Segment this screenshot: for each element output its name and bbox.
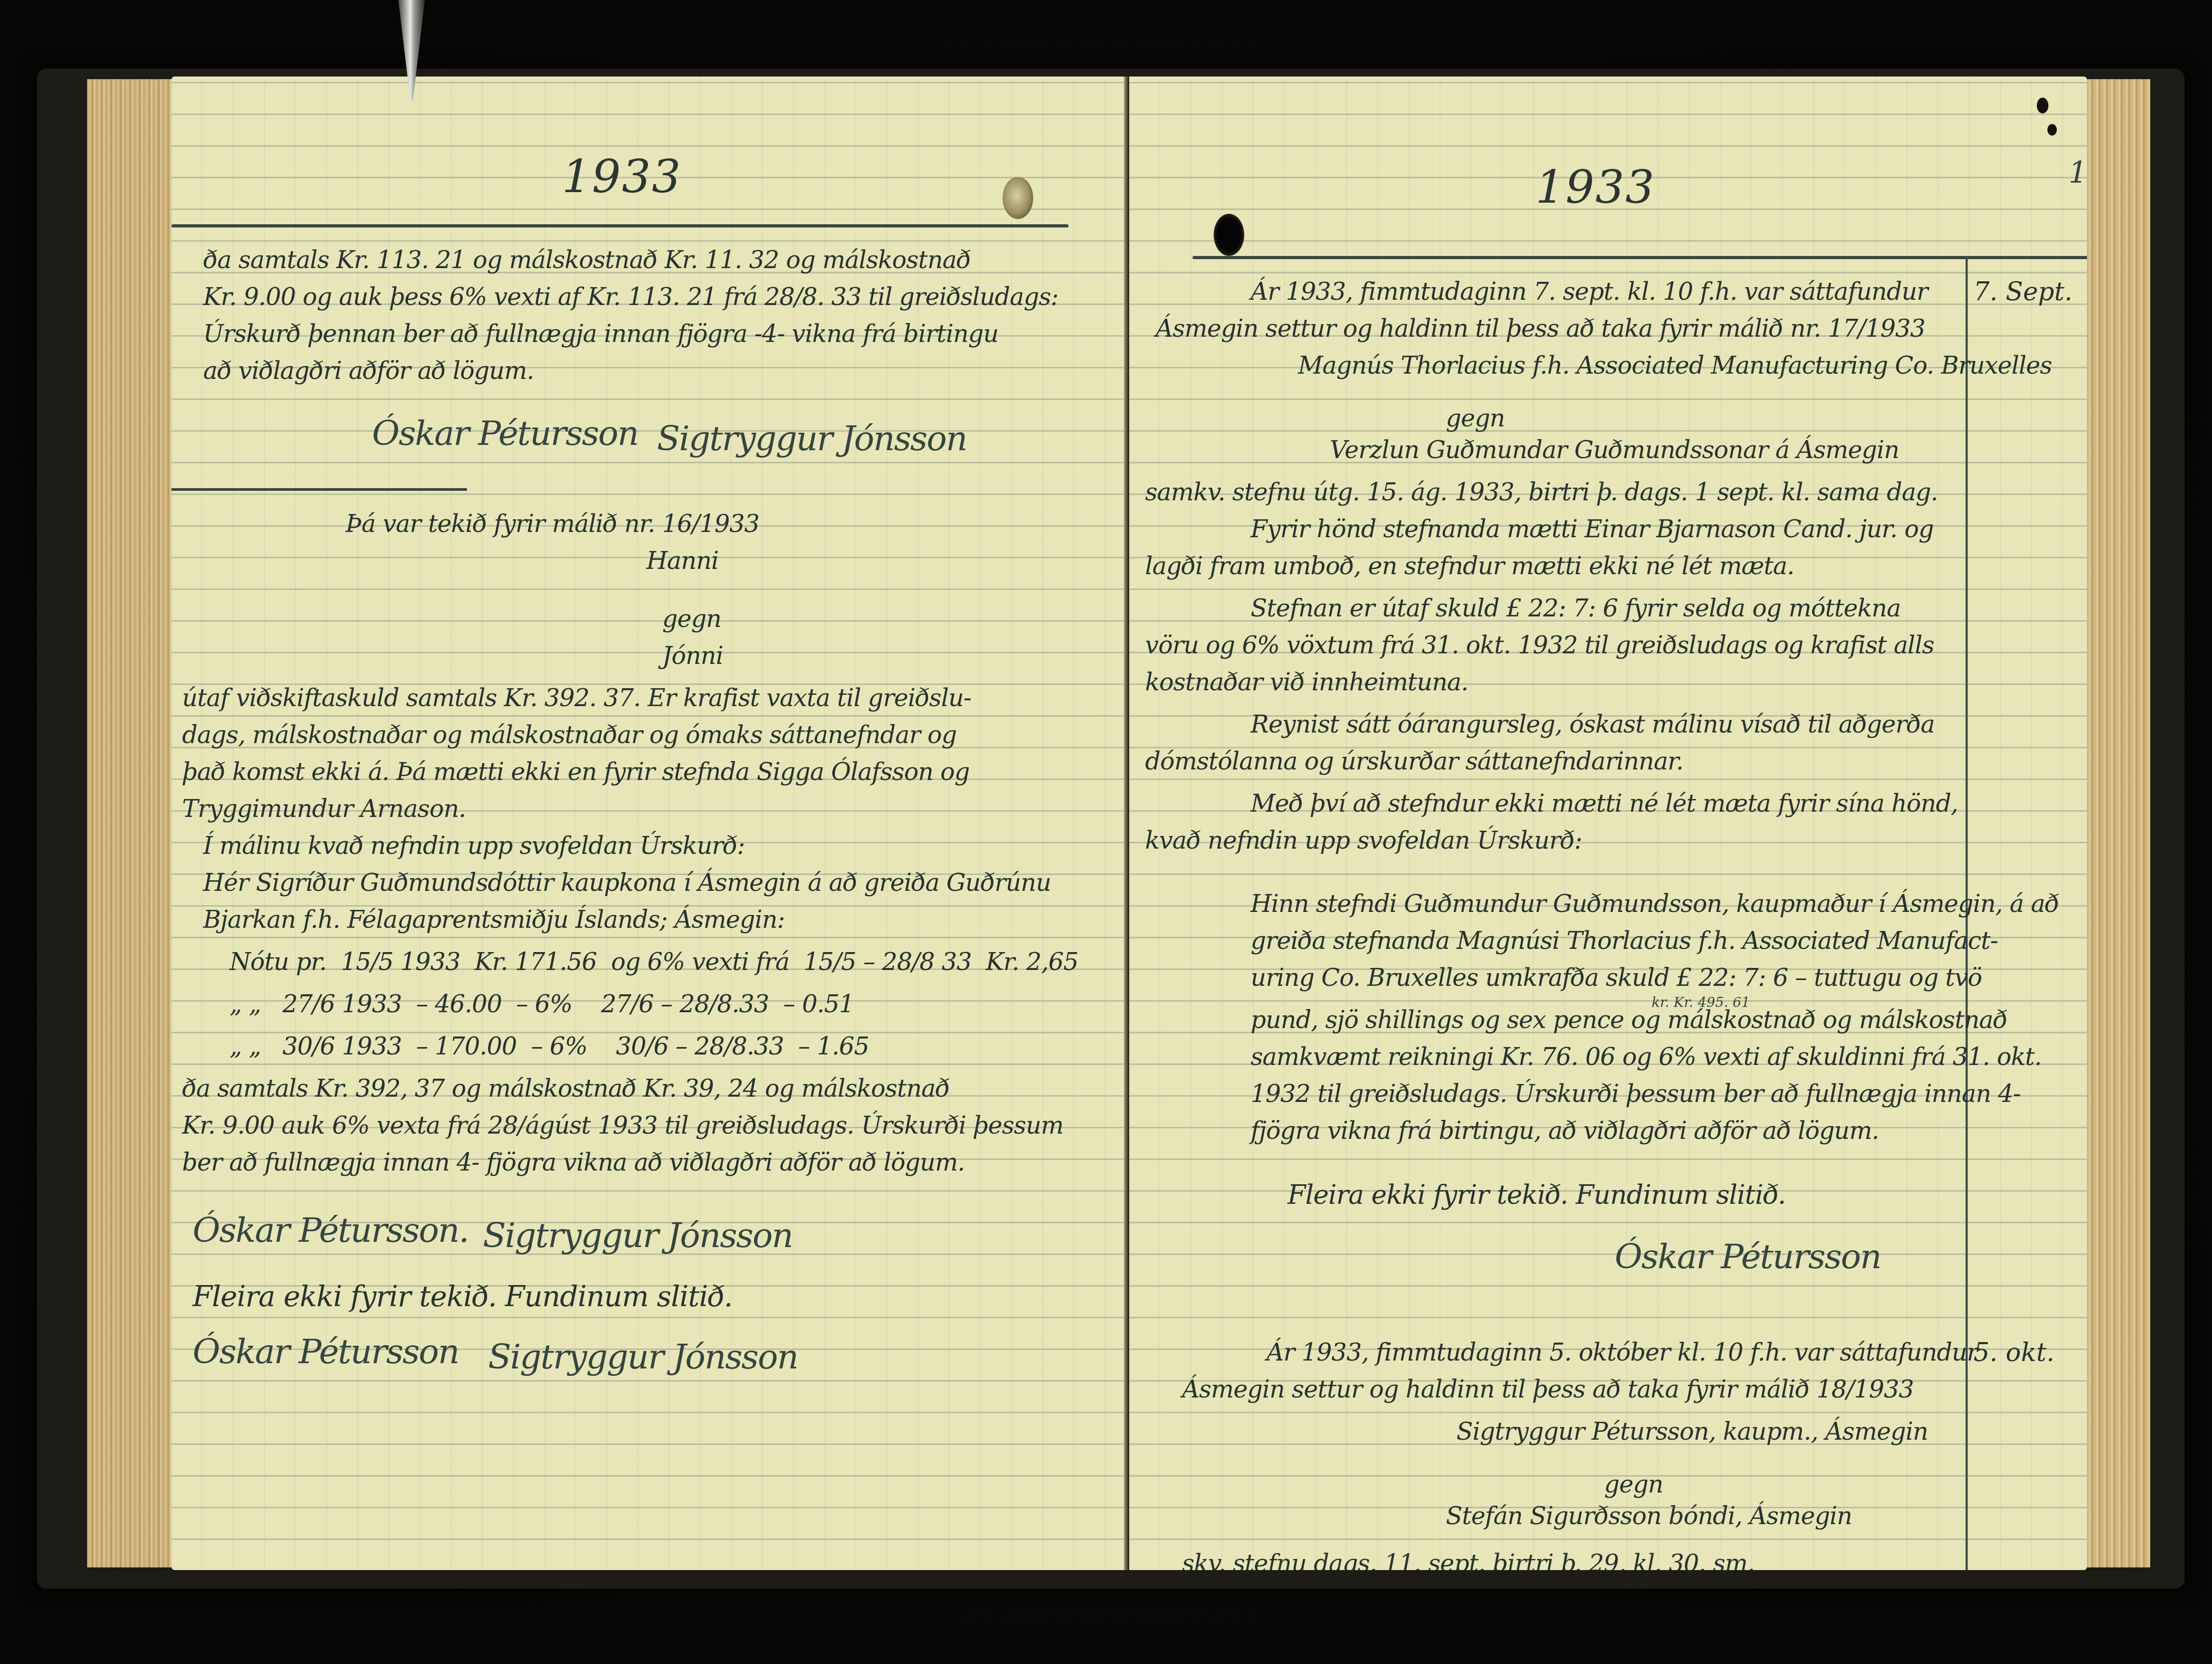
header-rule xyxy=(171,224,1069,227)
margin-date: 7. Sept. xyxy=(1973,277,2073,307)
page-number: 173 xyxy=(2068,156,2087,190)
text-line: ber að fullnægja innan 4- fjögra vikna a… xyxy=(182,1148,965,1176)
versus: gegn xyxy=(1604,1470,1663,1498)
text-line: Með því að stefndur ekki mætti né lét mæ… xyxy=(1251,789,1958,817)
text-line: Stefnan er útaf skuld £ 22: 7: 6 fyrir s… xyxy=(1251,594,1901,622)
signature-member: Sigtryggur Jónsson xyxy=(488,1338,798,1377)
section-divider xyxy=(171,488,467,491)
right-page: 1933 173 7. Sept. Ár 1933, fimmtudaginn … xyxy=(1129,77,2087,1570)
text-line: vöru og 6% vöxtum frá 31. okt. 1932 til … xyxy=(1145,631,1934,659)
text-line: útaf viðskiftaskuld samtals Kr. 392. 37.… xyxy=(182,683,971,712)
text-line: Ásmegin settur og haldinn til þess að ta… xyxy=(1182,1375,1913,1403)
header-rule xyxy=(1193,256,2087,259)
plaintiff: Hanni xyxy=(646,546,719,575)
adjourned-note: Fleira ekki fyrir tekið. Fundinum slitið… xyxy=(1288,1180,1786,1210)
defendant: Stefán Sigurðsson bóndi, Ásmegin xyxy=(1446,1501,1852,1530)
signature-chairman: Óskar Pétursson xyxy=(1615,1238,1881,1277)
ink-stain xyxy=(2047,124,2057,136)
text-line: samkv. stefnu útg. 15. ág. 1933, birtri … xyxy=(1145,478,1938,506)
itemized-row: „ „ 27/6 1933 – 46.00 – 6% 27/6 – 28/8.3… xyxy=(230,990,854,1018)
signature-chairman: Óskar Pétursson xyxy=(193,1333,459,1372)
left-page: 1933 ða samtals Kr. 113. 21 og málskostn… xyxy=(171,77,1129,1570)
left-year-heading: 1933 xyxy=(562,150,682,203)
text-line: Bjarkan f.h. Félagaprentsmiðju Íslands; … xyxy=(203,905,785,934)
text-line: Ár 1933, fimmtudaginn 7. sept. kl. 10 f.… xyxy=(1251,277,1928,306)
text-line: lagði fram umboð, en stefndur mætti ekki… xyxy=(1145,552,1794,580)
text-line: dags, málskostnaðar og málskostnaðar og … xyxy=(182,720,957,749)
text-line: Kr. 9.00 og auk þess 6% vexti af Kr. 113… xyxy=(203,282,1059,311)
text-line: Tryggimundur Arnason. xyxy=(182,794,466,823)
text-line: Ásmegin settur og haldinn til þess að ta… xyxy=(1156,314,1925,343)
punch-hole xyxy=(1214,214,1244,256)
text-line: 1932 til greiðsludags. Úrskurði þessum b… xyxy=(1251,1079,2020,1108)
plaintiff: Magnús Thorlacius f.h. Associated Manufa… xyxy=(1298,351,2052,379)
itemized-row: „ „ 30/6 1933 – 170.00 – 6% 30/6 – 28/8.… xyxy=(230,1032,869,1060)
text-line: kvað nefndin upp svofeldan Úrskurð: xyxy=(1145,826,1582,854)
margin-date: 5. okt. xyxy=(1973,1338,2055,1367)
signature-member: Sigtryggur Jónsson xyxy=(483,1216,793,1256)
text-line: að viðlagðri aðför að lögum. xyxy=(203,356,534,385)
signature-chairman: Óskar Pétursson xyxy=(372,414,638,453)
adjourned-note: Fleira ekki fyrir tekið. Fundinum slitið… xyxy=(193,1280,732,1313)
text-line: Í málinu kvað nefndin upp svofeldan Úrsk… xyxy=(203,831,745,860)
versus: gegn xyxy=(662,604,721,633)
text-line: Reynist sátt óárangursleg, óskast málinu… xyxy=(1251,710,1934,738)
text-line: kostnaðar við innheimtuna. xyxy=(1145,668,1468,696)
defendant: Verzlun Guðmundar Guðmundssonar á Ásmegi… xyxy=(1330,435,1899,464)
text-line: Ár 1933, fimmtudaginn 5. október kl. 10 … xyxy=(1266,1338,1978,1366)
text-line: dómstólanna og úrskurðar sáttanefndarinn… xyxy=(1145,747,1683,775)
punch-hole xyxy=(1003,177,1033,219)
right-year-heading: 1933 xyxy=(1536,161,1655,214)
text-line: Fyrir hönd stefnanda mætti Einar Bjarnas… xyxy=(1251,515,1933,543)
ink-stain xyxy=(2037,98,2048,113)
text-line: greiða stefnanda Magnúsi Thorlacius f.h.… xyxy=(1251,926,1998,955)
text-line: ða samtals Kr. 113. 21 og málskostnað Kr… xyxy=(203,245,970,274)
signature-member: Sigtryggur Jónsson xyxy=(657,420,967,459)
text-line: uring Co. Bruxelles umkrafða skuld £ 22:… xyxy=(1251,963,1982,992)
left-page-edges xyxy=(87,79,171,1567)
plaintiff: Sigtryggur Pétursson, kaupm., Ásmegin xyxy=(1456,1417,1928,1446)
itemized-row: Nótu pr. 15/5 1933 Kr. 171.56 og 6% vext… xyxy=(230,947,1078,976)
text-line: það komst ekki á. Þá mætti ekki en fyrir… xyxy=(182,757,969,786)
versus: gegn xyxy=(1446,404,1505,432)
signature-chairman: Óskar Pétursson. xyxy=(193,1211,469,1250)
defendant: Jónni xyxy=(662,641,723,670)
text-line: Kr. 9.00 auk 6% vexta frá 28/ágúst 1933 … xyxy=(182,1111,1063,1139)
text-line: pund, sjö shillings og sex pence og máls… xyxy=(1251,1005,2007,1034)
text-line: ða samtals Kr. 392, 37 og málskostnað Kr… xyxy=(182,1074,949,1102)
text-line: Hinn stefndi Guðmundur Guðmundsson, kaup… xyxy=(1251,889,2059,918)
text-line: samkvæmt reikningi Kr. 76. 06 og 6% vext… xyxy=(1251,1042,2042,1071)
text-line: Hér Sigríður Guðmundsdóttir kaupkona í Á… xyxy=(203,868,1051,897)
text-line: Úrskurð þennan ber að fullnægja innan fj… xyxy=(203,319,998,348)
scanned-ledger-spread: 1933 ða samtals Kr. 113. 21 og málskostn… xyxy=(0,0,2212,1664)
text-line: fjögra vikna frá birtingu, að viðlagðri … xyxy=(1251,1116,1879,1145)
case-header: Þá var tekið fyrir málið nr. 16/1933 xyxy=(346,509,759,538)
text-line: skv. stefnu dags. 11. sept. birtri þ. 29… xyxy=(1182,1549,1755,1570)
right-page-edges xyxy=(2087,79,2150,1567)
